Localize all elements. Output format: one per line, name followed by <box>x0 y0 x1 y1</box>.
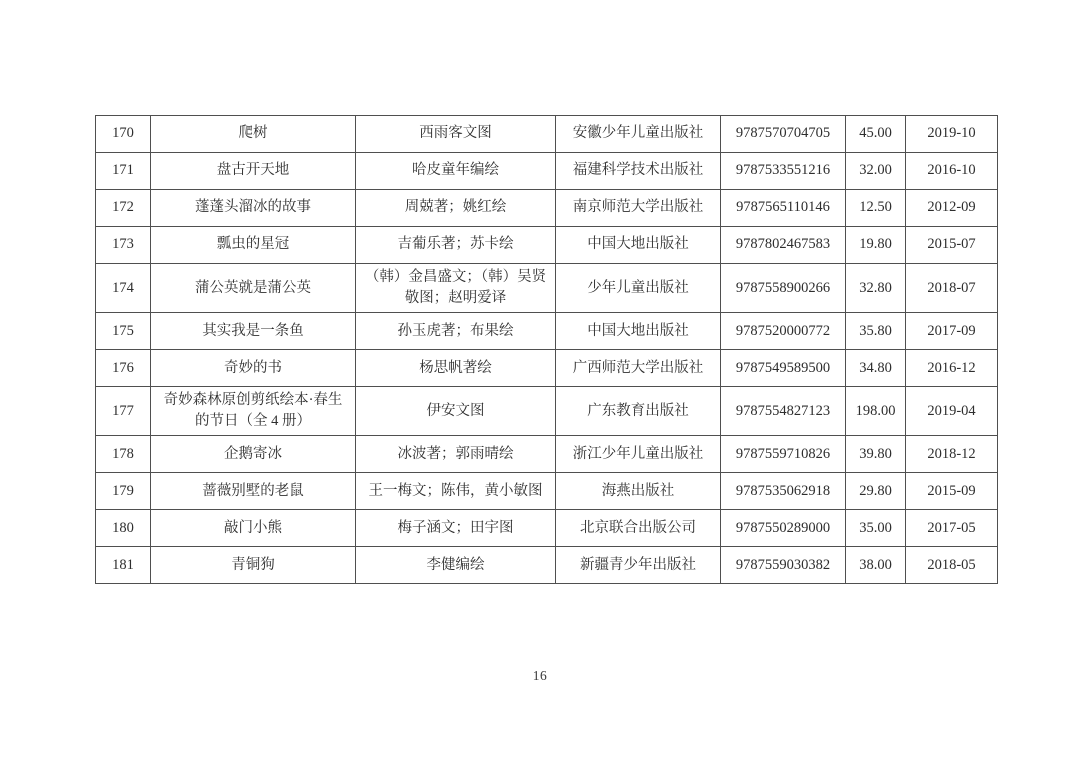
table-row: 176 奇妙的书 杨思帆著绘 广西师范大学出版社 9787549589500 3… <box>96 350 998 387</box>
table-row: 178 企鹅寄冰 冰波著；郭雨晴绘 浙江少年儿童出版社 978755971082… <box>96 436 998 473</box>
cell-index: 176 <box>96 350 151 387</box>
table-row: 175 其实我是一条鱼 孙玉虎著；布果绘 中国大地出版社 97875200007… <box>96 313 998 350</box>
cell-price: 39.80 <box>846 436 906 473</box>
cell-price: 45.00 <box>846 116 906 153</box>
cell-author: 梅子涵文；田宇图 <box>356 510 556 547</box>
cell-title: 奇妙的书 <box>151 350 356 387</box>
cell-author: 周兢著；姚红绘 <box>356 190 556 227</box>
cell-publisher: 新疆青少年出版社 <box>556 547 721 584</box>
cell-title: 奇妙森林原创剪纸绘本·春生的节日（全 4 册） <box>151 387 356 436</box>
cell-publisher: 北京联合出版公司 <box>556 510 721 547</box>
cell-isbn: 9787535062918 <box>721 473 846 510</box>
cell-author: 吉葡乐著；苏卡绘 <box>356 227 556 264</box>
cell-date: 2018-07 <box>906 264 998 313</box>
cell-isbn: 9787520000772 <box>721 313 846 350</box>
cell-title: 爬树 <box>151 116 356 153</box>
cell-index: 179 <box>96 473 151 510</box>
cell-price: 12.50 <box>846 190 906 227</box>
cell-isbn: 9787565110146 <box>721 190 846 227</box>
cell-author: 哈皮童年编绘 <box>356 153 556 190</box>
cell-index: 181 <box>96 547 151 584</box>
cell-publisher: 安徽少年儿童出版社 <box>556 116 721 153</box>
cell-isbn: 9787559030382 <box>721 547 846 584</box>
cell-title: 青铜狗 <box>151 547 356 584</box>
cell-index: 174 <box>96 264 151 313</box>
cell-index: 178 <box>96 436 151 473</box>
book-table-body: 170 爬树 西雨客文图 安徽少年儿童出版社 9787570704705 45.… <box>96 116 998 584</box>
table-row: 179 蔷薇别墅的老鼠 王一梅文；陈伟，黄小敏图 海燕出版社 978753506… <box>96 473 998 510</box>
cell-price: 35.00 <box>846 510 906 547</box>
cell-title: 瓢虫的星冠 <box>151 227 356 264</box>
cell-isbn: 9787550289000 <box>721 510 846 547</box>
cell-author: （韩）金昌盛文；（韩）吴贤敬图；赵明爱译 <box>356 264 556 313</box>
cell-publisher: 海燕出版社 <box>556 473 721 510</box>
cell-index: 180 <box>96 510 151 547</box>
book-table: 170 爬树 西雨客文图 安徽少年儿童出版社 9787570704705 45.… <box>95 115 998 584</box>
cell-title: 蔷薇别墅的老鼠 <box>151 473 356 510</box>
table-row: 172 蓬蓬头溜冰的故事 周兢著；姚红绘 南京师范大学出版社 978756511… <box>96 190 998 227</box>
cell-isbn: 9787554827123 <box>721 387 846 436</box>
cell-date: 2012-09 <box>906 190 998 227</box>
cell-date: 2017-05 <box>906 510 998 547</box>
cell-publisher: 广东教育出版社 <box>556 387 721 436</box>
cell-price: 38.00 <box>846 547 906 584</box>
cell-publisher: 中国大地出版社 <box>556 227 721 264</box>
cell-author: 王一梅文；陈伟，黄小敏图 <box>356 473 556 510</box>
cell-publisher: 浙江少年儿童出版社 <box>556 436 721 473</box>
book-table-container: 170 爬树 西雨客文图 安徽少年儿童出版社 9787570704705 45.… <box>95 115 997 584</box>
cell-author: 孙玉虎著；布果绘 <box>356 313 556 350</box>
cell-title: 其实我是一条鱼 <box>151 313 356 350</box>
cell-price: 19.80 <box>846 227 906 264</box>
table-row: 173 瓢虫的星冠 吉葡乐著；苏卡绘 中国大地出版社 9787802467583… <box>96 227 998 264</box>
cell-isbn: 9787559710826 <box>721 436 846 473</box>
cell-date: 2019-10 <box>906 116 998 153</box>
table-row: 171 盘古开天地 哈皮童年编绘 福建科学技术出版社 9787533551216… <box>96 153 998 190</box>
cell-date: 2017-09 <box>906 313 998 350</box>
cell-index: 173 <box>96 227 151 264</box>
cell-index: 170 <box>96 116 151 153</box>
cell-index: 177 <box>96 387 151 436</box>
cell-price: 35.80 <box>846 313 906 350</box>
table-row: 170 爬树 西雨客文图 安徽少年儿童出版社 9787570704705 45.… <box>96 116 998 153</box>
cell-title: 盘古开天地 <box>151 153 356 190</box>
cell-isbn: 9787570704705 <box>721 116 846 153</box>
cell-title: 蒲公英就是蒲公英 <box>151 264 356 313</box>
cell-date: 2016-10 <box>906 153 998 190</box>
cell-date: 2018-12 <box>906 436 998 473</box>
cell-date: 2018-05 <box>906 547 998 584</box>
cell-date: 2019-04 <box>906 387 998 436</box>
cell-author: 伊安文图 <box>356 387 556 436</box>
cell-isbn: 9787558900266 <box>721 264 846 313</box>
document-page: 170 爬树 西雨客文图 安徽少年儿童出版社 9787570704705 45.… <box>0 0 1080 763</box>
cell-publisher: 广西师范大学出版社 <box>556 350 721 387</box>
page-number: 16 <box>0 668 1080 684</box>
cell-author: 西雨客文图 <box>356 116 556 153</box>
cell-publisher: 南京师范大学出版社 <box>556 190 721 227</box>
cell-date: 2016-12 <box>906 350 998 387</box>
table-row: 181 青铜狗 李健编绘 新疆青少年出版社 9787559030382 38.0… <box>96 547 998 584</box>
cell-author: 李健编绘 <box>356 547 556 584</box>
cell-publisher: 福建科学技术出版社 <box>556 153 721 190</box>
cell-price: 34.80 <box>846 350 906 387</box>
cell-price: 198.00 <box>846 387 906 436</box>
cell-index: 171 <box>96 153 151 190</box>
cell-index: 175 <box>96 313 151 350</box>
cell-date: 2015-09 <box>906 473 998 510</box>
cell-isbn: 9787549589500 <box>721 350 846 387</box>
table-row: 174 蒲公英就是蒲公英 （韩）金昌盛文；（韩）吴贤敬图；赵明爱译 少年儿童出版… <box>96 264 998 313</box>
table-row: 180 敲门小熊 梅子涵文；田宇图 北京联合出版公司 9787550289000… <box>96 510 998 547</box>
cell-author: 冰波著；郭雨晴绘 <box>356 436 556 473</box>
cell-title: 企鹅寄冰 <box>151 436 356 473</box>
cell-price: 32.80 <box>846 264 906 313</box>
cell-price: 29.80 <box>846 473 906 510</box>
cell-publisher: 中国大地出版社 <box>556 313 721 350</box>
cell-index: 172 <box>96 190 151 227</box>
cell-author: 杨思帆著绘 <box>356 350 556 387</box>
cell-price: 32.00 <box>846 153 906 190</box>
cell-date: 2015-07 <box>906 227 998 264</box>
cell-isbn: 9787802467583 <box>721 227 846 264</box>
cell-title: 蓬蓬头溜冰的故事 <box>151 190 356 227</box>
cell-isbn: 9787533551216 <box>721 153 846 190</box>
cell-title: 敲门小熊 <box>151 510 356 547</box>
table-row: 177 奇妙森林原创剪纸绘本·春生的节日（全 4 册） 伊安文图 广东教育出版社… <box>96 387 998 436</box>
cell-publisher: 少年儿童出版社 <box>556 264 721 313</box>
